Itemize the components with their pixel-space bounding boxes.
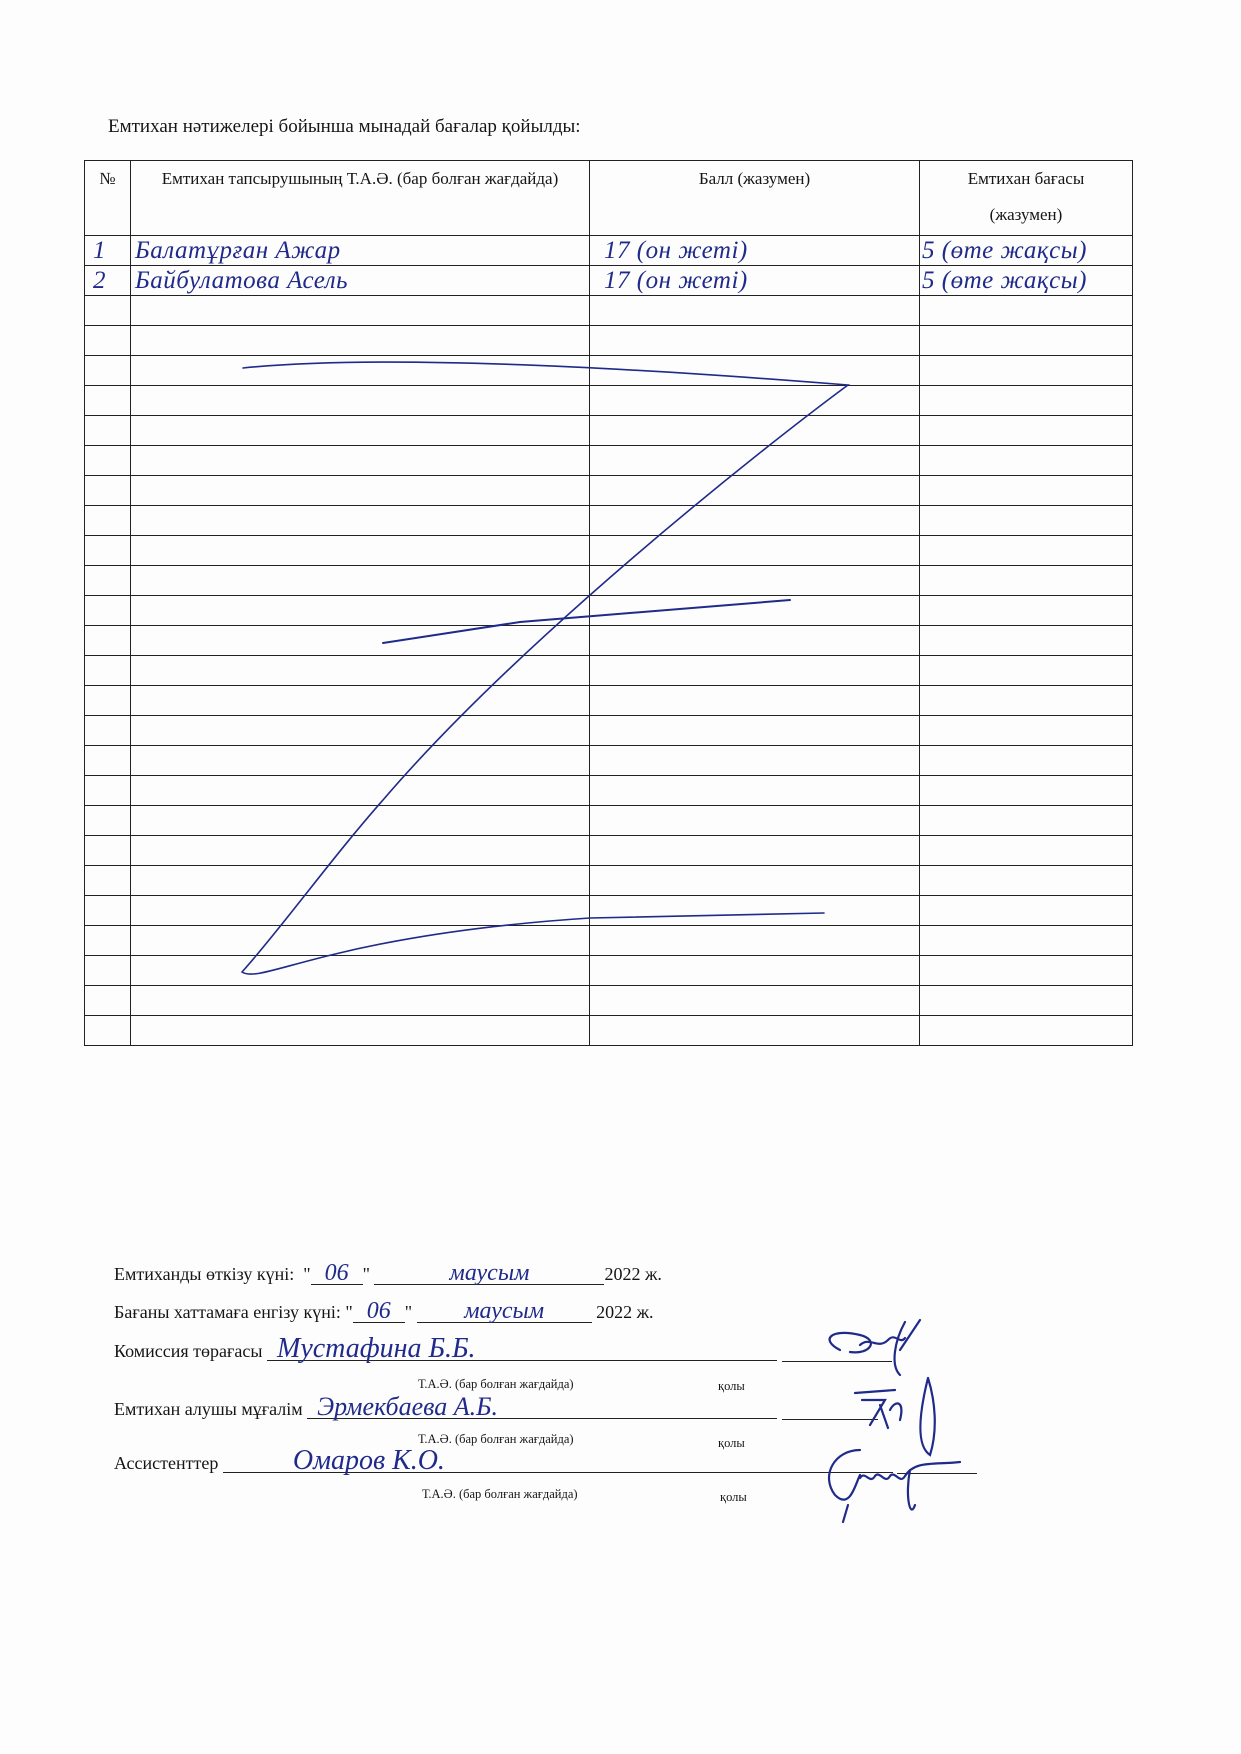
empty-cell [85,956,131,986]
table-row: 2Байбулатова Асель17 (он жеті)5 (өте жақ… [85,266,1133,296]
teacher-signature-field[interactable] [782,1397,878,1420]
entry-date-label: Бағаны хаттамаға енгізу күні: [114,1302,341,1322]
empty-cell [590,386,920,416]
score-value: 17 (он жеті) [590,236,920,266]
empty-cell [920,536,1133,566]
empty-cell [85,596,131,626]
empty-table-row [85,416,1133,446]
empty-cell [131,446,590,476]
row-num: 1 [85,236,131,266]
entry-date-year: 2022 ж. [596,1302,653,1322]
entry-date-day[interactable]: 06 [353,1300,405,1323]
empty-cell [131,476,590,506]
empty-table-row [85,806,1133,836]
empty-cell [590,356,920,386]
empty-cell [920,446,1133,476]
header-grade: Емтихан бағасы (жазумен) [920,161,1133,236]
empty-cell [131,776,590,806]
empty-table-row [85,956,1133,986]
student-name: Байбулатова Асель [131,266,590,296]
empty-cell [590,926,920,956]
empty-table-row [85,446,1133,476]
empty-cell [85,326,131,356]
empty-cell [85,566,131,596]
empty-cell [131,806,590,836]
empty-cell [131,746,590,776]
empty-cell [590,416,920,446]
empty-cell [131,986,590,1016]
empty-cell [590,896,920,926]
grades-table: № Емтихан тапсырушының Т.А.Ә. (бар болға… [84,160,1133,1046]
empty-cell [920,806,1133,836]
empty-cell [85,296,131,326]
grade-value: 5 (өте жақсы) [920,236,1133,266]
student-name: Балатұрған Ажар [131,236,590,266]
empty-cell [590,476,920,506]
empty-cell [590,446,920,476]
empty-cell [590,686,920,716]
empty-table-row [85,506,1133,536]
assistants-signature-field[interactable] [897,1451,977,1474]
empty-cell [85,926,131,956]
teacher-label: Емтихан алушы мұғалім [114,1399,303,1419]
chair-caption-sign: қолы [718,1379,745,1394]
assistants-label: Ассистенттер [114,1453,218,1473]
empty-cell [590,806,920,836]
empty-table-row [85,476,1133,506]
empty-table-row [85,1016,1133,1046]
empty-cell [131,866,590,896]
empty-cell [920,356,1133,386]
empty-cell [131,626,590,656]
empty-cell [131,926,590,956]
empty-table-row [85,326,1133,356]
empty-cell [920,296,1133,326]
empty-table-row [85,626,1133,656]
empty-cell [85,866,131,896]
empty-cell [920,416,1133,446]
empty-table-row [85,596,1133,626]
empty-table-row [85,926,1133,956]
empty-cell [920,716,1133,746]
header-num: № [85,161,131,236]
empty-cell [920,686,1133,716]
empty-cell [85,836,131,866]
empty-cell [920,986,1133,1016]
empty-table-row [85,686,1133,716]
empty-cell [85,806,131,836]
empty-cell [85,386,131,416]
assistants-name-field[interactable]: Омаров К.О. [223,1450,893,1473]
empty-cell [131,296,590,326]
page-title: Емтихан нәтижелері бойынша мынадай бағал… [108,116,581,138]
empty-table-row [85,536,1133,566]
empty-cell [131,386,590,416]
empty-cell [920,656,1133,686]
empty-cell [85,746,131,776]
score-value: 17 (он жеті) [590,266,920,296]
bleed-through-text [250,96,255,118]
chair-label: Комиссия төрағасы [114,1341,263,1361]
empty-table-row [85,716,1133,746]
empty-table-row [85,296,1133,326]
empty-cell [85,986,131,1016]
empty-cell [85,446,131,476]
assistants-caption-name: Т.А.Ә. (бар болған жағдайда) [422,1487,578,1502]
teacher-line: Емтихан алушы мұғалім Эрмекбаева А.Б. [114,1396,878,1420]
empty-cell [85,656,131,686]
entry-date-line: Бағаны хаттамаға енгізу күні: "06" маусы… [114,1300,654,1323]
teacher-name-field[interactable]: Эрмекбаева А.Б. [307,1396,777,1419]
empty-cell [920,596,1133,626]
chair-signature-field[interactable] [782,1339,892,1362]
empty-table-row [85,656,1133,686]
empty-cell [590,836,920,866]
empty-cell [131,416,590,446]
empty-table-row [85,896,1133,926]
empty-cell [85,476,131,506]
empty-cell [590,626,920,656]
empty-table-row [85,356,1133,386]
empty-cell [131,506,590,536]
header-score: Балл (жазумен) [590,161,920,236]
teacher-caption-sign: қолы [718,1436,745,1451]
empty-cell [920,866,1133,896]
entry-date-month[interactable]: маусым [417,1300,592,1323]
empty-cell [131,1016,590,1046]
empty-cell [920,386,1133,416]
empty-table-row [85,386,1133,416]
empty-cell [590,566,920,596]
empty-cell [85,686,131,716]
empty-cell [920,956,1133,986]
empty-cell [590,296,920,326]
empty-cell [590,746,920,776]
empty-cell [590,536,920,566]
empty-table-row [85,776,1133,806]
empty-cell [920,626,1133,656]
chair-line: Комиссия төрағасы Мустафина Б.Б. [114,1338,892,1362]
empty-cell [131,356,590,386]
empty-cell [131,956,590,986]
empty-cell [85,416,131,446]
empty-cell [131,326,590,356]
empty-cell [131,596,590,626]
empty-cell [131,656,590,686]
table-header-row: № Емтихан тапсырушының Т.А.Ә. (бар болға… [85,161,1133,236]
empty-cell [920,746,1133,776]
chair-name-field[interactable]: Мустафина Б.Б. [267,1338,777,1361]
empty-cell [920,836,1133,866]
exam-date-line: Емтиханды өткізу күні: "06" маусым2022 ж… [114,1262,662,1285]
empty-cell [85,536,131,566]
empty-cell [590,776,920,806]
empty-cell [85,356,131,386]
empty-cell [131,836,590,866]
empty-cell [131,566,590,596]
header-name: Емтихан тапсырушының Т.А.Ә. (бар болған … [131,161,590,236]
empty-table-row [85,866,1133,896]
table-row: 1Балатұрған Ажар17 (он жеті)5 (өте жақсы… [85,236,1133,266]
empty-cell [590,596,920,626]
empty-cell [85,626,131,656]
empty-cell [131,716,590,746]
empty-cell [85,776,131,806]
empty-cell [920,926,1133,956]
empty-cell [131,896,590,926]
exam-date-year: 2022 ж. [604,1264,661,1284]
empty-cell [920,566,1133,596]
empty-cell [920,506,1133,536]
empty-cell [920,1016,1133,1046]
empty-cell [85,896,131,926]
empty-cell [590,506,920,536]
empty-cell [85,716,131,746]
empty-cell [920,776,1133,806]
assistants-line: Ассистенттер Омаров К.О. [114,1450,977,1474]
empty-table-row [85,566,1133,596]
row-num: 2 [85,266,131,296]
assistants-caption-sign: қолы [720,1490,747,1505]
empty-table-row [85,986,1133,1016]
empty-cell [920,476,1133,506]
empty-cell [85,1016,131,1046]
empty-cell [85,506,131,536]
empty-cell [131,686,590,716]
exam-date-label: Емтиханды өткізу күні: [114,1264,294,1284]
empty-cell [590,956,920,986]
empty-cell [131,536,590,566]
empty-cell [590,866,920,896]
empty-table-row [85,746,1133,776]
empty-cell [590,1016,920,1046]
empty-table-row [85,836,1133,866]
empty-cell [590,986,920,1016]
empty-cell [590,656,920,686]
empty-cell [920,326,1133,356]
exam-date-month[interactable]: маусым [374,1262,604,1285]
chair-caption-name: Т.А.Ә. (бар болған жағдайда) [418,1377,574,1392]
empty-cell [590,326,920,356]
empty-cell [920,896,1133,926]
exam-date-day[interactable]: 06 [311,1262,363,1285]
grade-value: 5 (өте жақсы) [920,266,1133,296]
empty-cell [590,716,920,746]
